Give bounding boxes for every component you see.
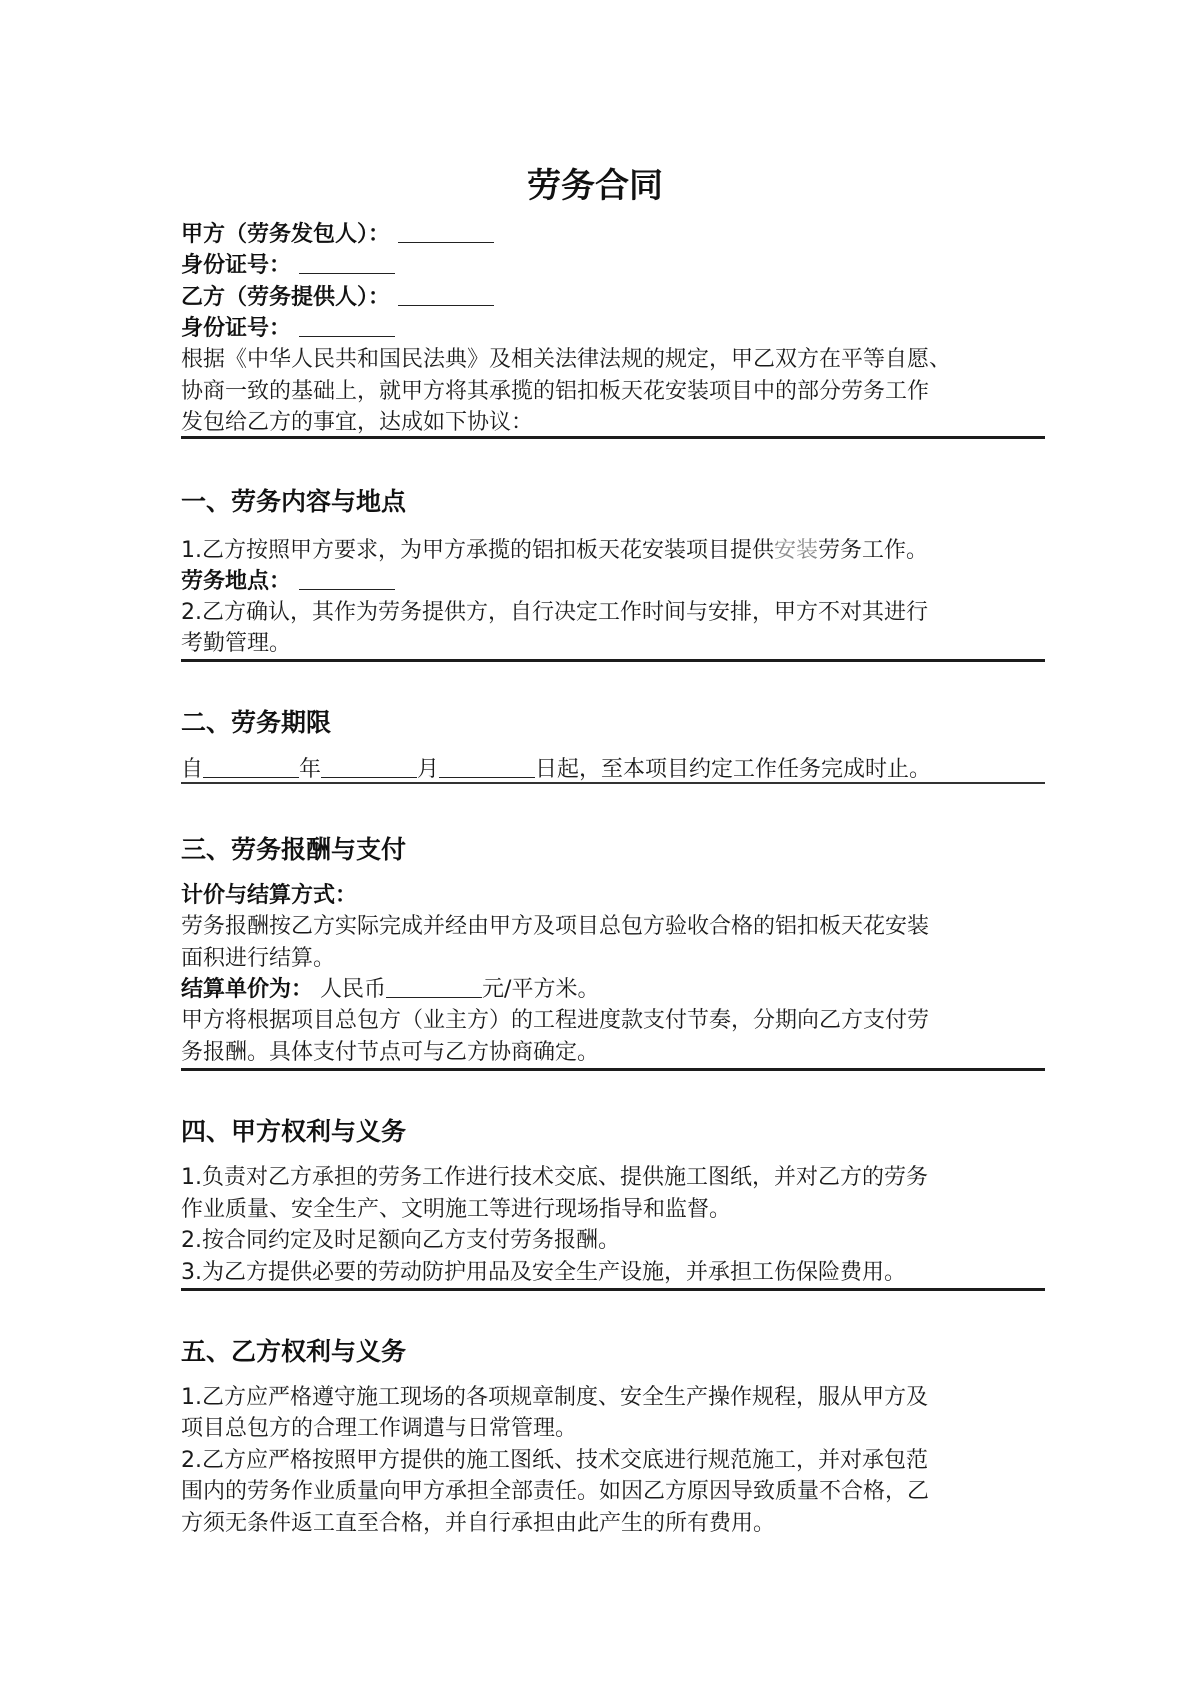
section-5-line: 1.乙方应严格遵守施工现场的各项规章制度、安全生产操作规程，服从甲方及 bbox=[181, 1382, 928, 1413]
unit-price-line: 结算单价为： 人民币元/平方米。 bbox=[181, 974, 599, 1005]
section-4-line: 2.按合同约定及时足额向乙方支付劳务报酬。 bbox=[181, 1225, 620, 1256]
document-title: 劳务合同 bbox=[0, 164, 1190, 208]
unit-price-input[interactable] bbox=[386, 975, 482, 998]
section-4-heading: 四、甲方权利与义务 bbox=[181, 1115, 406, 1149]
month-input[interactable] bbox=[321, 755, 417, 778]
item-text-faded: 安装 bbox=[774, 538, 818, 563]
date-from-label: 自 bbox=[181, 757, 203, 782]
unit-price-unit: 元/平方米。 bbox=[482, 977, 599, 1002]
section-4-line: 作业质量、安全生产、文明施工等进行现场指导和监督。 bbox=[181, 1194, 731, 1225]
party-b-label: 乙方（劳务提供人）： bbox=[181, 285, 390, 310]
pricing-method-line: 面积进行结算。 bbox=[181, 943, 335, 974]
section-divider bbox=[181, 1068, 1045, 1071]
section-5-line: 围内的劳务作业质量向甲方承担全部责任。如因乙方原因导致质量不合格，乙 bbox=[181, 1476, 929, 1507]
section-1-heading: 一、劳务内容与地点 bbox=[181, 485, 406, 519]
party-b-line: 乙方（劳务提供人）： bbox=[181, 282, 494, 313]
payment-line: 务报酬。具体支付节点可与乙方协商确定。 bbox=[181, 1037, 599, 1068]
section-5-line: 2.乙方应严格按照甲方提供的施工图纸、技术交底进行规范施工，并对承包范 bbox=[181, 1445, 928, 1476]
section-1-item-2-line: 2.乙方确认，其作为劳务提供方，自行决定工作时间与安排，甲方不对其进行 bbox=[181, 597, 928, 628]
section-divider bbox=[181, 782, 1045, 784]
item-text: 劳务工作。 bbox=[818, 538, 928, 563]
party-a-input[interactable] bbox=[398, 220, 494, 243]
party-b-id-input[interactable] bbox=[299, 314, 395, 337]
section-1-item-2-line: 考勤管理。 bbox=[181, 628, 291, 659]
section-5-heading: 五、乙方权利与义务 bbox=[181, 1335, 406, 1369]
section-5-line: 项目总包方的合理工作调遣与日常管理。 bbox=[181, 1413, 577, 1444]
year-label: 年 bbox=[299, 757, 321, 782]
preamble-line: 根据《中华人民共和国民法典》及相关法律法规的规定，甲乙双方在平等自愿、 bbox=[181, 344, 951, 375]
section-3-heading: 三、劳务报酬与支付 bbox=[181, 833, 406, 867]
section-5-line: 方须无条件返工直至合格，并自行承担由此产生的所有费用。 bbox=[181, 1508, 775, 1539]
party-b-id-line: 身份证号： bbox=[181, 313, 395, 344]
section-divider bbox=[181, 436, 1045, 439]
section-divider bbox=[181, 1288, 1045, 1291]
document-page: 劳务合同 甲方（劳务发包人）： 身份证号： 乙方（劳务提供人）： 身份证号： 根… bbox=[0, 0, 1190, 1683]
section-divider bbox=[181, 659, 1045, 662]
section-4-line: 1.负责对乙方承担的劳务工作进行技术交底、提供施工图纸，并对乙方的劳务 bbox=[181, 1162, 928, 1193]
pricing-method-line: 劳务报酬按乙方实际完成并经由甲方及项目总包方验收合格的铝扣板天花安装 bbox=[181, 911, 929, 942]
unit-price-prefix: 人民币 bbox=[320, 977, 386, 1002]
party-a-id-input[interactable] bbox=[299, 251, 395, 274]
location-label: 劳务地点： bbox=[181, 569, 291, 594]
month-label: 月 bbox=[417, 757, 439, 782]
party-b-input[interactable] bbox=[398, 283, 494, 306]
payment-line: 甲方将根据项目总包方（业主方）的工程进度款支付节奏，分期向乙方支付劳 bbox=[181, 1005, 929, 1036]
pricing-method-label: 计价与结算方式： bbox=[181, 880, 357, 911]
year-input[interactable] bbox=[203, 755, 299, 778]
preamble-line: 协商一致的基础上，就甲方将其承揽的铝扣板天花安装项目中的部分劳务工作 bbox=[181, 376, 929, 407]
unit-price-label: 结算单价为： bbox=[181, 977, 313, 1002]
party-a-id-line: 身份证号： bbox=[181, 250, 395, 281]
section-4-line: 3.为乙方提供必要的劳动防护用品及安全生产设施，并承担工伤保险费用。 bbox=[181, 1257, 906, 1288]
section-2-heading: 二、劳务期限 bbox=[181, 706, 331, 740]
party-a-line: 甲方（劳务发包人）： bbox=[181, 219, 494, 250]
party-a-id-label: 身份证号： bbox=[181, 253, 291, 278]
location-input[interactable] bbox=[299, 567, 395, 590]
section-1-item-1: 1.乙方按照甲方要求，为甲方承揽的铝扣板天花安装项目提供安装劳务工作。 bbox=[181, 535, 928, 566]
term-line: 自年月日起，至本项目约定工作任务完成时止。 bbox=[181, 754, 931, 785]
party-b-id-label: 身份证号： bbox=[181, 316, 291, 341]
location-line: 劳务地点： bbox=[181, 566, 395, 597]
item-text: 1.乙方按照甲方要求，为甲方承揽的铝扣板天花安装项目提供 bbox=[181, 538, 774, 563]
term-text: 日起，至本项目约定工作任务完成时止。 bbox=[535, 757, 931, 782]
preamble-line: 发包给乙方的事宜，达成如下协议： bbox=[181, 407, 533, 438]
day-input[interactable] bbox=[439, 755, 535, 778]
party-a-label: 甲方（劳务发包人）： bbox=[181, 222, 390, 247]
